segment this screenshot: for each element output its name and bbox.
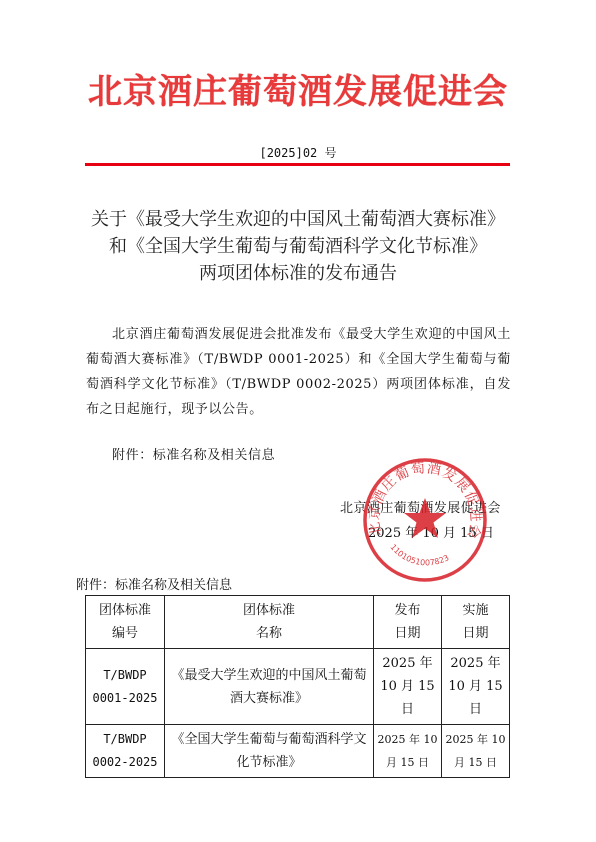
- standard-name: 《最受大学生欢迎的中国风土葡萄酒大赛标准》: [165, 649, 374, 725]
- letterhead-organization: 北京酒庄葡萄酒发展促进会: [0, 64, 596, 113]
- seal-star-icon: [404, 498, 446, 538]
- table-header-row: 团体标准编号 团体标准名称 发布日期 实施日期: [86, 596, 510, 649]
- standard-code: T/BWDP0001-2025: [86, 649, 165, 725]
- notice-headline: 关于《最受大学生欢迎的中国风土葡萄酒大赛标准》 和《全国大学生葡萄与葡萄酒科学文…: [0, 206, 596, 287]
- letterhead-divider: [85, 163, 510, 166]
- headline-line-2: 和《全国大学生葡萄与葡萄酒科学文化节标准》: [0, 233, 596, 260]
- header-name: 团体标准名称: [165, 596, 374, 649]
- standard-name: 《全国大学生葡萄与葡萄酒科学文化节标准》: [165, 725, 374, 778]
- official-seal-icon: 北京酒庄葡萄酒发展促进会 1101051007823: [360, 455, 490, 585]
- publish-date: 2025 年 10 月 15 日: [374, 725, 442, 778]
- standards-table: 团体标准编号 团体标准名称 发布日期 实施日期 T/BWDP0001-2025 …: [85, 595, 510, 778]
- svg-text:1101051007823: 1101051007823: [388, 542, 450, 567]
- table-row: T/BWDP0001-2025 《最受大学生欢迎的中国风土葡萄酒大赛标准》 20…: [86, 649, 510, 725]
- table-caption: 附件：标准名称及相关信息: [76, 574, 232, 593]
- document-number: [2025]02 号: [0, 144, 596, 161]
- notice-body: 北京酒庄葡萄酒发展促进会批准发布《最受大学生欢迎的中国风土葡萄酒大赛标准》（T/…: [86, 322, 511, 422]
- header-publish-date: 发布日期: [374, 596, 442, 649]
- effective-date: 2025 年 10 月 15 日: [442, 725, 510, 778]
- header-effective-date: 实施日期: [442, 596, 510, 649]
- attachment-note: 附件：标准名称及相关信息: [112, 444, 275, 463]
- standard-code: T/BWDP0002-2025: [86, 725, 165, 778]
- effective-date: 2025 年 10 月 15 日: [442, 649, 510, 725]
- seal-number: 1101051007823: [388, 542, 450, 567]
- table-row: T/BWDP0002-2025 《全国大学生葡萄与葡萄酒科学文化节标准》 202…: [86, 725, 510, 778]
- headline-line-3: 两项团体标准的发布通告: [0, 260, 596, 287]
- header-code: 团体标准编号: [86, 596, 165, 649]
- publish-date: 2025 年 10 月 15 日: [374, 649, 442, 725]
- headline-line-1: 关于《最受大学生欢迎的中国风土葡萄酒大赛标准》: [0, 206, 596, 233]
